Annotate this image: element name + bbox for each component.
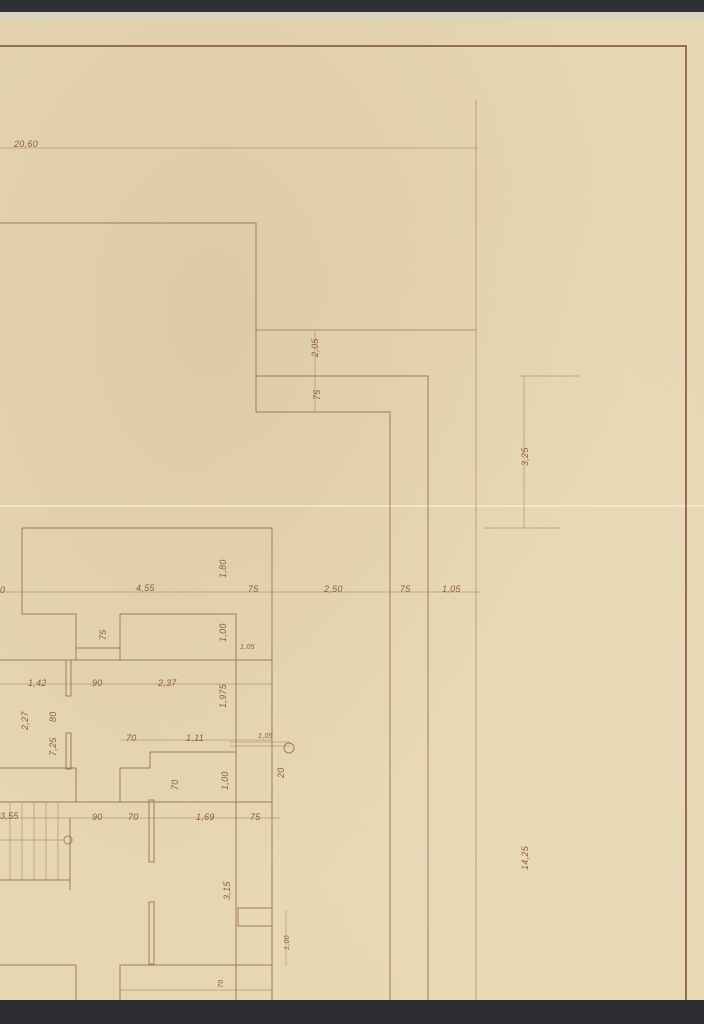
dim-row4-a: 3,55 xyxy=(0,811,19,821)
dim-row1-c: 2,50 xyxy=(324,584,343,594)
dim-row2-d: 2,37 xyxy=(158,678,177,688)
dim-upper-step-2: 75 xyxy=(312,389,322,400)
dim-row3-a: 70 xyxy=(126,733,137,743)
dim-overall-width: 20,60 xyxy=(14,139,38,149)
dim-row1-b: 75 xyxy=(248,584,259,594)
dim-row1-d: 75 xyxy=(400,584,411,594)
dim-row1-e: 1,05 xyxy=(442,584,461,594)
dim-lower-right: 1,00 xyxy=(284,935,291,950)
dim-right-long: 14,25 xyxy=(520,846,530,870)
dim-row3-c: 1,05 xyxy=(258,733,273,740)
dim-row2-vertical: 1,975 xyxy=(218,684,228,708)
dim-col-b: 80 xyxy=(48,711,58,722)
dim-row1-a: 4,55 xyxy=(136,583,155,593)
dim-col-c: 7,25 xyxy=(48,737,58,756)
dim-bottom-b: 70 xyxy=(218,980,225,988)
dim-room-vertical: 1,00 xyxy=(218,623,228,642)
dim-room-right-small: 1,05 xyxy=(240,644,255,651)
dim-row3-vertical-f: 20 xyxy=(276,767,286,778)
dim-row3-vertical-d: 1,00 xyxy=(220,771,230,790)
dim-row1-left: 0 xyxy=(0,585,5,595)
dim-row2-a: 1,42 xyxy=(28,678,47,688)
dim-upper-step: 2,05 xyxy=(310,338,320,357)
floor-plan-drawing xyxy=(0,0,704,1024)
dim-row4-d: 70 xyxy=(128,812,139,822)
dim-room-small-a: 75 xyxy=(98,629,108,640)
dim-col-vertical: 2,27 xyxy=(20,711,30,730)
dim-row3-b: 1,11 xyxy=(186,733,204,743)
dim-row4-c: 90 xyxy=(92,812,103,822)
dim-row3-vertical-b: 70 xyxy=(170,779,180,790)
dim-row4-g: 75 xyxy=(250,812,261,822)
dim-lower-vertical: 3,15 xyxy=(222,881,232,900)
dim-row4-f: 1,69 xyxy=(196,812,215,822)
dim-row1-vertical: 1,80 xyxy=(218,559,228,578)
dim-right-depth: 3,25 xyxy=(520,447,530,466)
dim-row2-c: 90 xyxy=(92,678,103,688)
